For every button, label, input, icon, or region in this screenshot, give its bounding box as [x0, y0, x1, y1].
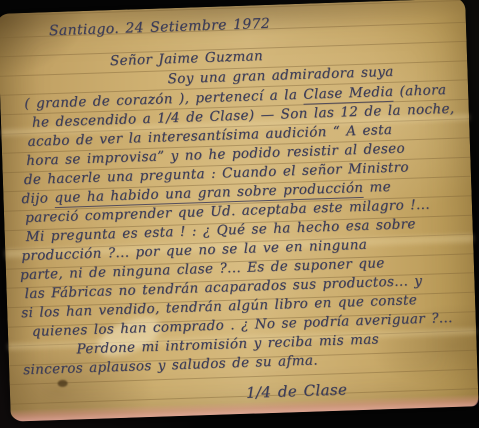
underlined-phrase-clase-media: Clase Media: [303, 84, 394, 105]
letter-text: dijo: [21, 190, 54, 207]
letter-signature: 1/4 de Clase: [246, 380, 348, 401]
paper-stain-spot: [58, 380, 68, 387]
letter-text: me: [363, 179, 391, 196]
letter-text: (ahora: [393, 82, 446, 100]
letter-body-line: sinceros aplausos y saludos de su afma.: [23, 352, 318, 378]
letter-body-line: Soy una gran admiradora suya: [167, 64, 394, 87]
letter-salutation: Señor Jaime Guzman: [110, 48, 264, 69]
letter-dateline: Santiago. 24 Setiembre 1972: [49, 16, 271, 39]
letter-paper: Santiago. 24 Setiembre 1972 Señor Jaime …: [0, 0, 479, 422]
